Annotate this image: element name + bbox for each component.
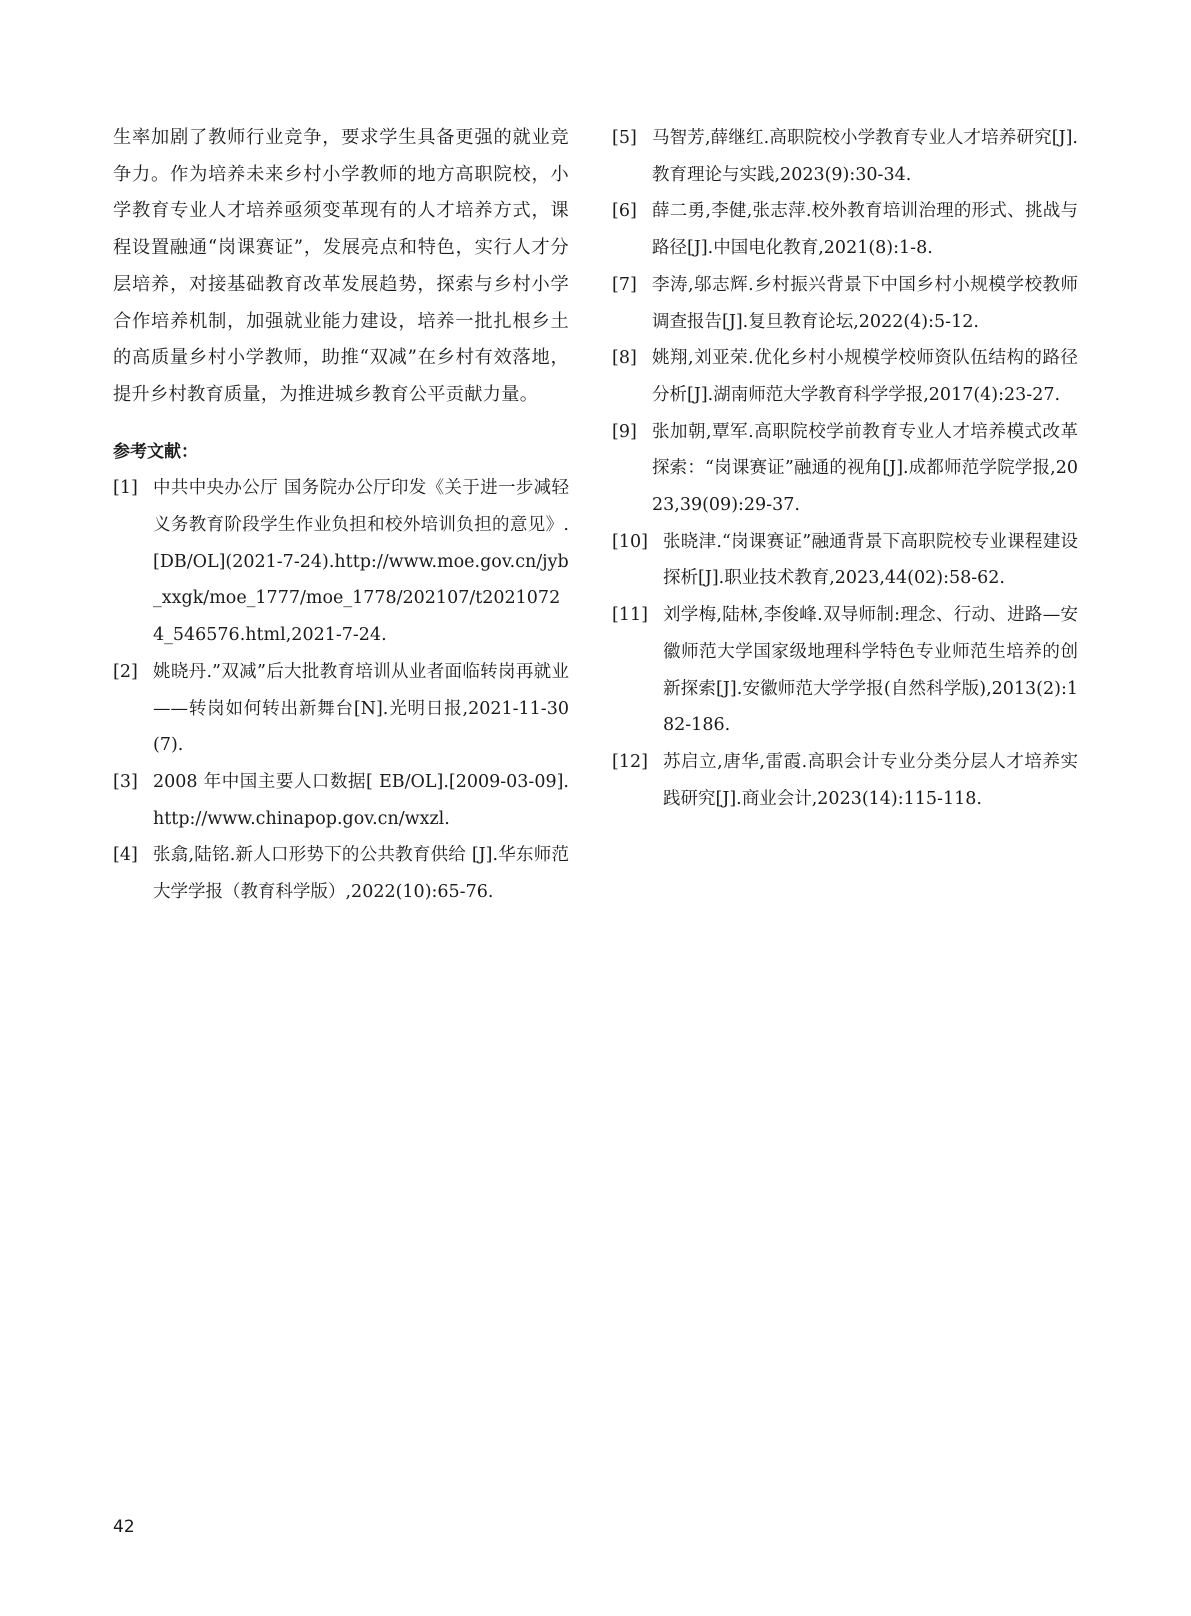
reference-text: 张晓津.“岗课赛证”融通背景下高职院校专业课程建设探析[J].职业技术教育,20… bbox=[655, 524, 1078, 597]
reference-text: 苏启立,唐华,雷霞.高职会计专业分类分层人才培养实践研究[J].商业会计,202… bbox=[655, 744, 1078, 817]
reference-number: [6] bbox=[612, 193, 644, 266]
reference-item: [6] 薛二勇,李健,张志萍.校外教育培训治理的形式、挑战与路径[J].中国电化… bbox=[612, 193, 1078, 266]
reference-text: 张加朝,覃军.高职院校学前教育专业人才培养模式改革探索：“岗课赛证”融通的视角[… bbox=[644, 414, 1078, 524]
reference-item: [12] 苏启立,唐华,雷霞.高职会计专业分类分层人才培养实践研究[J].商业会… bbox=[612, 744, 1078, 817]
reference-item: [1] 中共中央办公厅 国务院办公厅印发《关于进一步减轻义务教育阶段学生作业负担… bbox=[113, 470, 569, 654]
reference-number: [8] bbox=[612, 340, 644, 413]
reference-number: [2] bbox=[113, 654, 145, 764]
left-column: 生率加剧了教师行业竞争，要求学生具备更强的就业竞争力。作为培养未来乡村小学教师的… bbox=[113, 120, 569, 911]
reference-number: [7] bbox=[612, 267, 644, 340]
reference-number: [9] bbox=[612, 414, 644, 524]
reference-text: 2008 年中国主要人口数据[ EB/OL].[2009-03-09].http… bbox=[145, 764, 569, 837]
reference-text: 张翕,陆铭.新人口形势下的公共教育供给 [J].华东师范大学学报（教育科学版）,… bbox=[145, 837, 569, 910]
page-number: 42 bbox=[113, 1517, 135, 1537]
right-column: [5] 马智芳,薛继红.高职院校小学教育专业人才培养研究[J].教育理论与实践,… bbox=[612, 120, 1078, 817]
reference-item: [3] 2008 年中国主要人口数据[ EB/OL].[2009-03-09].… bbox=[113, 764, 569, 837]
reference-item: [10] 张晓津.“岗课赛证”融通背景下高职院校专业课程建设探析[J].职业技术… bbox=[612, 524, 1078, 597]
reference-number: [1] bbox=[113, 470, 145, 654]
reference-item: [9] 张加朝,覃军.高职院校学前教育专业人才培养模式改革探索：“岗课赛证”融通… bbox=[612, 414, 1078, 524]
reference-text: 姚晓丹.”双减”后大批教育培训从业者面临转岗再就业——转岗如何转出新舞台[N].… bbox=[145, 654, 569, 764]
reference-item: [5] 马智芳,薛继红.高职院校小学教育专业人才培养研究[J].教育理论与实践,… bbox=[612, 120, 1078, 193]
reference-text: 刘学梅,陆林,李俊峰.双导师制:理念、行动、进路—安徽师范大学国家级地理科学特色… bbox=[655, 597, 1078, 744]
references-list-left: [1] 中共中央办公厅 国务院办公厅印发《关于进一步减轻义务教育阶段学生作业负担… bbox=[113, 470, 569, 910]
reference-text: 薛二勇,李健,张志萍.校外教育培训治理的形式、挑战与路径[J].中国电化教育,2… bbox=[644, 193, 1078, 266]
reference-number: [3] bbox=[113, 764, 145, 837]
reference-item: [11] 刘学梅,陆林,李俊峰.双导师制:理念、行动、进路—安徽师范大学国家级地… bbox=[612, 597, 1078, 744]
reference-text: 中共中央办公厅 国务院办公厅印发《关于进一步减轻义务教育阶段学生作业负担和校外培… bbox=[145, 470, 569, 654]
reference-text: 姚翔,刘亚荣.优化乡村小规模学校师资队伍结构的路径分析[J].湖南师范大学教育科… bbox=[644, 340, 1078, 413]
reference-number: [5] bbox=[612, 120, 644, 193]
body-paragraph: 生率加剧了教师行业竞争，要求学生具备更强的就业竞争力。作为培养未来乡村小学教师的… bbox=[113, 120, 569, 414]
reference-item: [8] 姚翔,刘亚荣.优化乡村小规模学校师资队伍结构的路径分析[J].湖南师范大… bbox=[612, 340, 1078, 413]
reference-number: [4] bbox=[113, 837, 145, 910]
reference-item: [7] 李涛,邬志辉.乡村振兴背景下中国乡村小规模学校教师调查报告[J].复旦教… bbox=[612, 267, 1078, 340]
reference-text: 马智芳,薛继红.高职院校小学教育专业人才培养研究[J].教育理论与实践,2023… bbox=[644, 120, 1078, 193]
reference-number: [12] bbox=[612, 744, 655, 817]
reference-item: [4] 张翕,陆铭.新人口形势下的公共教育供给 [J].华东师范大学学报（教育科… bbox=[113, 837, 569, 910]
reference-text: 李涛,邬志辉.乡村振兴背景下中国乡村小规模学校教师调查报告[J].复旦教育论坛,… bbox=[644, 267, 1078, 340]
reference-item: [2] 姚晓丹.”双减”后大批教育培训从业者面临转岗再就业——转岗如何转出新舞台… bbox=[113, 654, 569, 764]
reference-number: [10] bbox=[612, 524, 655, 597]
reference-number: [11] bbox=[612, 597, 655, 744]
references-heading: 参考文献： bbox=[113, 434, 569, 471]
references-list-right: [5] 马智芳,薛继红.高职院校小学教育专业人才培养研究[J].教育理论与实践,… bbox=[612, 120, 1078, 817]
